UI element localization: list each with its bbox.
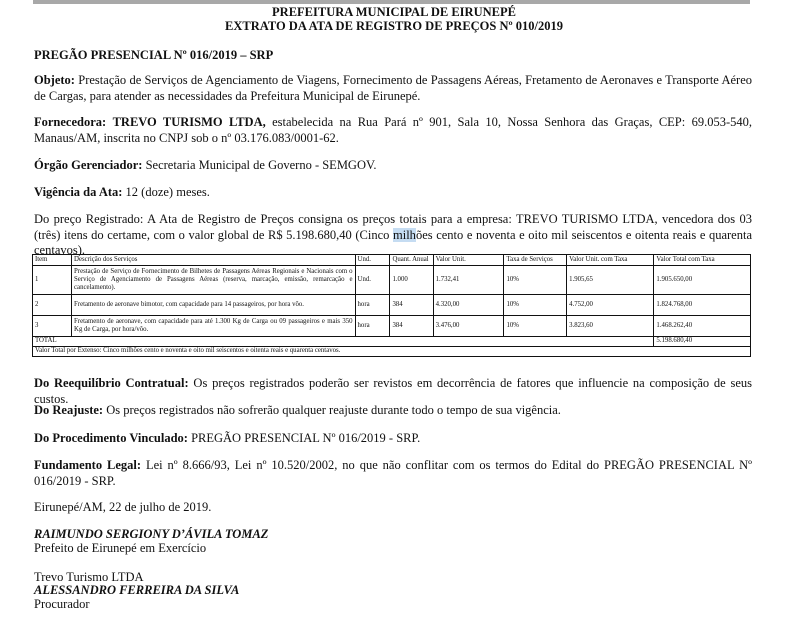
cell-unit-value-with-fee: 4.752,00 — [567, 295, 654, 316]
extenso-row: Valor Total por Extenso: Cinco milhões c… — [33, 347, 751, 357]
header-cell: Item — [33, 255, 72, 266]
vigencia-paragraph: Vigência da Ata: 12 (doze) meses. — [34, 185, 752, 201]
total-label: TOTAL — [33, 337, 654, 347]
fornecedora-paragraph: Fornecedora: TREVO TURISMO LTDA, estabel… — [34, 115, 752, 146]
procedimento-paragraph: Do Procedimento Vinculado: PREGÃO PRESEN… — [34, 431, 752, 447]
top-divider — [33, 0, 750, 4]
header-line-1: PREFEITURA MUNICIPAL DE EIRUNEPÉ — [34, 5, 754, 19]
header-cell: Descrição dos Serviços — [72, 255, 356, 266]
total-value: 5.198.680,40 — [654, 337, 751, 347]
orgao-paragraph: Órgão Gerenciador: Secretaria Municipal … — [34, 158, 752, 174]
pregao-heading: PREGÃO PRESENCIAL Nº 016/2019 – SRP — [34, 48, 752, 64]
signatory-1-role: Prefeito de Eirunepé em Exercício — [34, 541, 752, 557]
cell-service-fee: 10% — [504, 266, 567, 295]
cell-unit: hora — [355, 316, 390, 337]
fundamento-paragraph: Fundamento Legal: Lei nº 8.666/93, Lei n… — [34, 458, 752, 489]
reajuste-paragraph: Do Reajuste: Os preços registrados não s… — [34, 403, 752, 419]
cell-quantity: 384 — [390, 295, 433, 316]
cell-description: Prestação de Serviço de Fornecimento de … — [72, 266, 356, 295]
cell-description: Fretamento de aeronave, com capacidade p… — [72, 316, 356, 337]
header-line-2: EXTRATO DA ATA DE REGISTRO DE PREÇOS Nº … — [34, 19, 754, 33]
reajuste-text: Os preços registrados não sofrerão qualq… — [106, 403, 561, 417]
cell-unit-value-with-fee: 3.823,60 — [567, 316, 654, 337]
fornecedora-name: TREVO TURISMO LTDA, — [113, 115, 266, 129]
table-row: 2 Fretamento de aeronave bimotor, com ca… — [33, 295, 751, 316]
cell-item: 1 — [33, 266, 72, 295]
cell-item: 2 — [33, 295, 72, 316]
table-header-row: Item Descrição dos Serviços Und. Quant. … — [33, 255, 751, 266]
reequilibrio-label: Do Reequilíbrio Contratual: — [34, 376, 189, 390]
table-row: 1 Prestação de Serviço de Fornecimento d… — [33, 266, 751, 295]
objeto-text: Prestação de Serviços de Agenciamento de… — [34, 73, 752, 103]
total-row: TOTAL 5.198.680,40 — [33, 337, 751, 347]
total-in-words: Valor Total por Extenso: Cinco milhões c… — [33, 347, 751, 357]
place-date: Eirunepé/AM, 22 de julho de 2019. — [34, 500, 752, 516]
objeto-paragraph: Objeto: Prestação de Serviços de Agencia… — [34, 73, 752, 104]
fornecedora-label: Fornecedora: — [34, 115, 106, 129]
header-cell: Taxa de Serviços — [504, 255, 567, 266]
cell-total-value: 1.468.262,40 — [654, 316, 751, 337]
cell-unit-value: 3.476,00 — [433, 316, 504, 337]
cell-service-fee: 10% — [504, 316, 567, 337]
header-cell: Valor Unit. — [433, 255, 504, 266]
selected-text-highlight[interactable]: milh — [393, 228, 416, 242]
table-row: 3 Fretamento de aeronave, com capacidade… — [33, 316, 751, 337]
header-cell: Valor Unit. com Taxa — [567, 255, 654, 266]
price-table: Item Descrição dos Serviços Und. Quant. … — [32, 254, 751, 357]
fundamento-text: Lei nº 8.666/93, Lei nº 10.520/2002, no … — [34, 458, 752, 488]
fundamento-label: Fundamento Legal: — [34, 458, 141, 472]
header-cell: Valor Total com Taxa — [654, 255, 751, 266]
preco-paragraph: Do preço Registrado: A Ata de Registro d… — [34, 212, 752, 259]
cell-quantity: 1.000 — [390, 266, 433, 295]
cell-unit: hora — [355, 295, 390, 316]
cell-unit: Und. — [355, 266, 390, 295]
orgao-text: Secretaria Municipal de Governo - SEMGOV… — [146, 158, 377, 172]
objeto-label: Objeto: — [34, 73, 75, 87]
cell-unit-value: 1.732,41 — [433, 266, 504, 295]
procedimento-label: Do Procedimento Vinculado: — [34, 431, 188, 445]
cell-unit-value: 4.320,00 — [433, 295, 504, 316]
procedimento-text: PREGÃO PRESENCIAL Nº 016/2019 - SRP. — [191, 431, 420, 445]
cell-total-value: 1.905.650,00 — [654, 266, 751, 295]
vigencia-label: Vigência da Ata: — [34, 185, 122, 199]
cell-unit-value-with-fee: 1.905,65 — [567, 266, 654, 295]
cell-description: Fretamento de aeronave bimotor, com capa… — [72, 295, 356, 316]
signatory-2-role: Procurador — [34, 597, 752, 613]
header-cell: Und. — [355, 255, 390, 266]
cell-service-fee: 10% — [504, 295, 567, 316]
cell-item: 3 — [33, 316, 72, 337]
reajuste-label: Do Reajuste: — [34, 403, 103, 417]
header-cell: Quant. Anual — [390, 255, 433, 266]
vigencia-text: 12 (doze) meses. — [126, 185, 210, 199]
orgao-label: Órgão Gerenciador: — [34, 158, 142, 172]
cell-total-value: 1.824.768,00 — [654, 295, 751, 316]
cell-quantity: 384 — [390, 316, 433, 337]
